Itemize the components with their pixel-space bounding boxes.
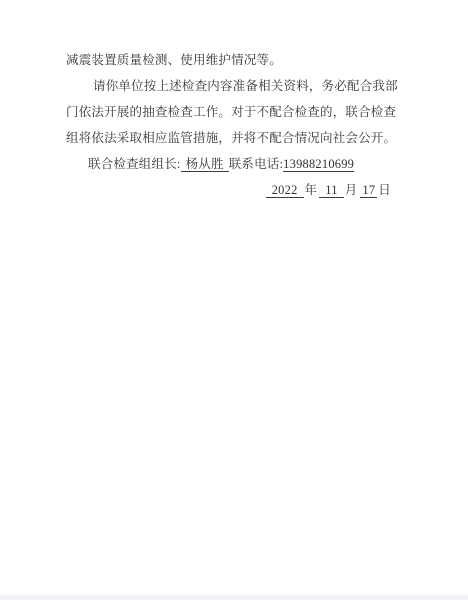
leader-name-underlined: 杨从胜	[181, 157, 229, 172]
phone-number-underlined: 13988210699	[283, 157, 354, 172]
date-day-unit: 日	[377, 183, 391, 197]
date-year-underlined: 2022	[266, 183, 304, 198]
body-line-4: 组将依法采取相应监管措施，并将不配合情况向社会公开。	[66, 125, 398, 151]
date-day-underlined: 17	[360, 183, 377, 198]
date-year-unit: 年	[304, 183, 318, 197]
body-line-2: 请你单位按上述检查内容准备相关资料，务必配合我部	[66, 73, 398, 99]
document-page: 减震装置质量检测、使用维护情况等。 请你单位按上述检查内容准备相关资料，务必配合…	[0, 0, 468, 600]
page-gap-strip	[0, 594, 468, 600]
document-body: 减震装置质量检测、使用维护情况等。 请你单位按上述检查内容准备相关资料，务必配合…	[66, 47, 398, 203]
signature-line: 联合检查组组长:杨从胜联系电话:13988210699	[66, 151, 398, 177]
date-line: 2022年11月17日	[66, 177, 398, 203]
body-line-3: 门依法开展的抽查检查工作。对于不配合检查的，联合检查	[66, 99, 398, 125]
phone-label: 联系电话:	[229, 157, 283, 171]
date-month-unit: 月	[344, 183, 358, 197]
body-line-1: 减震装置质量检测、使用维护情况等。	[66, 47, 398, 73]
date-month-underlined: 11	[319, 183, 343, 198]
leader-label: 联合检查组组长:	[88, 157, 181, 171]
